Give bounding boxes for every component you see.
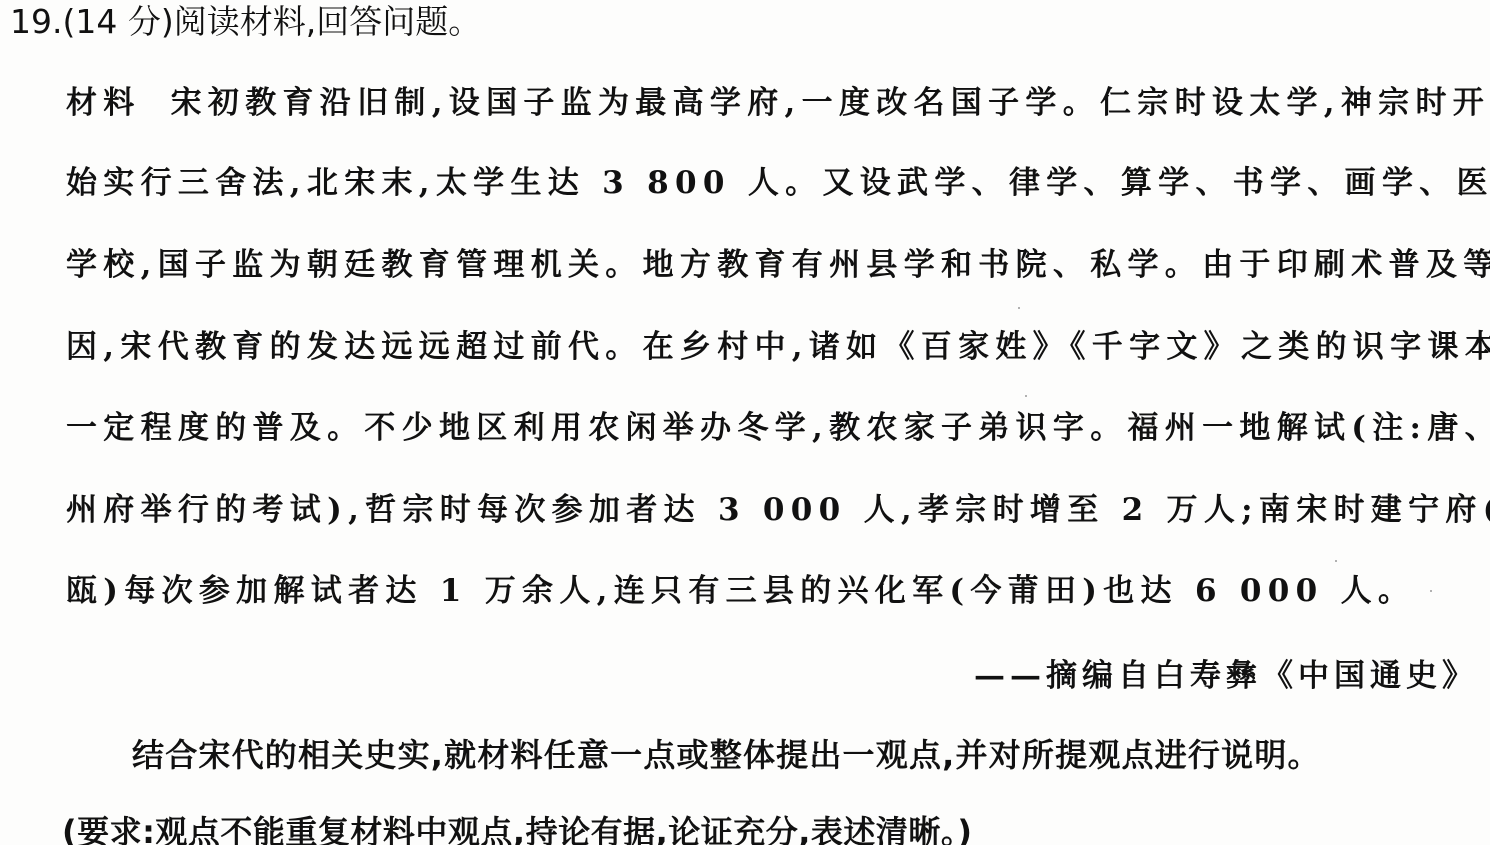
material-line-5: 一定程度的普及。不少地区利用农闲举办冬学,教农家子弟识字。福州一地解试(注:唐、…	[66, 408, 1478, 448]
material-line-3: 学校,国子监为朝廷教育管理机关。地方教育有州县学和书院、私学。由于印刷术普及等原	[66, 245, 1478, 285]
task-requirement: (要求:观点不能重复材料中观点,持论有据,论证充分,表述清晰。)	[62, 812, 973, 845]
material-line-4: 因,宋代教育的发达远远超过前代。在乡村中,诸如《百家姓》《千字文》之类的识字课本…	[66, 327, 1478, 367]
scan-speck	[1018, 307, 1020, 309]
material-line-2: 始实行三舍法,北宋末,太学生达 3 800 人。又设武学、律学、算学、书学、画学…	[66, 163, 1478, 203]
task-prompt: 结合宋代的相关史实,就材料任意一点或整体提出一观点,并对所提观点进行说明。	[132, 735, 1321, 775]
scan-speck	[1430, 590, 1432, 592]
scan-speck	[1335, 560, 1337, 562]
material-line-6: 州府举行的考试),哲宗时每次参加者达 3 000 人,孝宗时增至 2 万人;南宋…	[66, 490, 1478, 530]
material-line-7: 瓯)每次参加解试者达 1 万余人,连只有三县的兴化军(今莆田)也达 6 000 …	[66, 571, 1415, 611]
material-label: 材料	[66, 85, 141, 121]
question-title: 19.(14 分)阅读材料,回答问题。	[10, 2, 481, 42]
exam-page: 19.(14 分)阅读材料,回答问题。 材料宋初教育沿旧制,设国子监为最高学府,…	[0, 0, 1490, 845]
scan-speck	[1025, 395, 1027, 397]
material-line-1: 材料宋初教育沿旧制,设国子监为最高学府,一度改名国子学。仁宗时设太学,神宗时开	[66, 83, 1478, 123]
material-text: 宋初教育沿旧制,设国子监为最高学府,一度改名国子学。仁宗时设太学,神宗时开	[171, 85, 1490, 121]
material-source-citation: ——摘编自白寿彝《中国通史》	[974, 656, 1478, 696]
